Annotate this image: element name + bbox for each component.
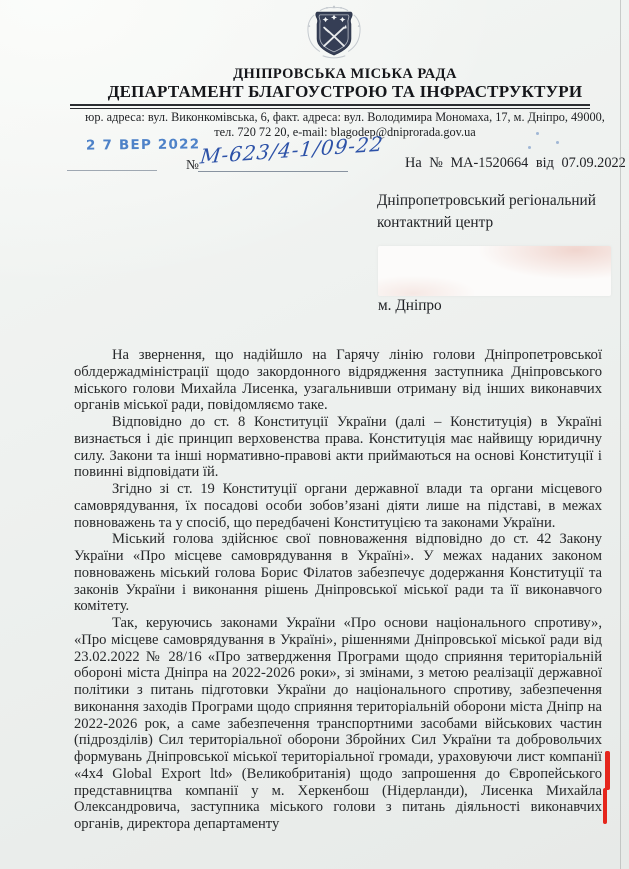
scan-edge-line xyxy=(620,0,621,869)
letter-page: ДНІПРОВСЬКА МІСЬКА РАДА ДЕПАРТАМЕНТ БЛАГ… xyxy=(0,0,629,869)
address-line-1: юр. адреса: вул. Виконкомівська, 6, факт… xyxy=(40,110,629,125)
paragraph: На звернення, що надійшло на Гарячу ліні… xyxy=(74,347,602,414)
stamp-underline xyxy=(67,170,157,171)
paragraph: Так, керуючись законами України «Про осн… xyxy=(74,615,602,833)
number-label: № xyxy=(186,157,199,173)
red-margin-mark xyxy=(605,751,610,790)
dnipro-coat-of-arms-icon xyxy=(297,5,371,60)
paragraph: Відповідно до ст. 8 Конституції України … xyxy=(74,414,602,481)
letter-body: На звернення, що надійшло на Гарячу ліні… xyxy=(74,347,602,833)
paragraph: Згідно зі ст. 19 Конституції органи держ… xyxy=(74,481,602,531)
recipient-name-line-1: Дніпропетровський регіональний xyxy=(377,190,596,212)
red-margin-mark xyxy=(603,788,607,824)
paragraph: Міський голова здійснює свої повноваженн… xyxy=(74,531,602,615)
redaction-box xyxy=(378,246,611,296)
incoming-reference: На № МА-1520664 від 07.09.2022 xyxy=(405,155,626,172)
date-stamp: 2 7 ВЕР 2022 xyxy=(86,136,200,153)
recipient-block: Дніпропетровський регіональний контактни… xyxy=(377,190,596,233)
header-rule xyxy=(70,104,590,109)
recipient-city: м. Дніпро xyxy=(378,297,442,315)
ink-speckle xyxy=(536,132,539,135)
number-underline xyxy=(198,171,348,172)
ink-speckle xyxy=(528,146,531,149)
department-name: ДЕПАРТАМЕНТ БЛАГОУСТРОЮ ТА ІНФРАСТРУКТУР… xyxy=(60,82,629,102)
council-name: ДНІПРОВСЬКА МІСЬКА РАДА xyxy=(60,66,629,83)
recipient-name-line-2: контактний центр xyxy=(377,212,596,234)
ink-speckle xyxy=(556,141,559,144)
